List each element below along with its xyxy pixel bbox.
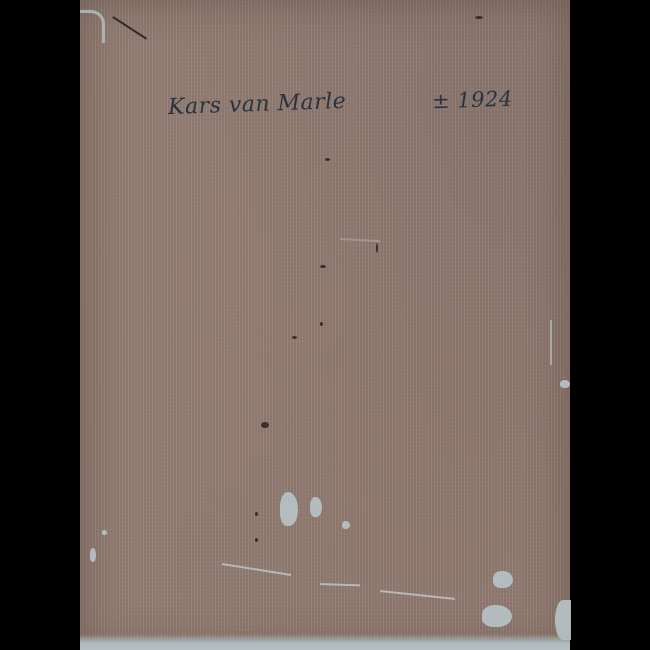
paint-splatter xyxy=(90,548,96,562)
paint-mark-top-left xyxy=(80,10,105,43)
speck xyxy=(255,538,258,542)
paint-splatter xyxy=(493,571,513,588)
scratch-streak xyxy=(550,320,552,365)
speck xyxy=(320,265,326,268)
speck xyxy=(255,512,258,516)
speck xyxy=(325,158,330,161)
paint-splatter xyxy=(280,492,298,526)
pencil-line-mark xyxy=(113,16,147,39)
speck xyxy=(261,422,269,428)
scratch-streak xyxy=(380,590,455,600)
speck xyxy=(475,16,483,19)
paint-splatter xyxy=(482,605,512,627)
speck xyxy=(376,243,378,253)
paint-splatter xyxy=(560,380,570,388)
paint-edge-bottom xyxy=(80,634,570,650)
artist-inscription: Kars van Marle xyxy=(168,89,347,120)
date-inscription: ± 1924 xyxy=(432,87,514,114)
panel-back: Kars van Marle ± 1924 xyxy=(80,0,570,650)
scratch-streak xyxy=(340,238,380,242)
scratch-streak xyxy=(320,583,360,586)
paint-splatter xyxy=(102,530,107,535)
speck xyxy=(320,322,323,326)
paint-splatter xyxy=(342,521,350,529)
speck xyxy=(292,336,297,339)
paint-splatter xyxy=(310,497,322,517)
scratch-streak xyxy=(222,563,291,576)
